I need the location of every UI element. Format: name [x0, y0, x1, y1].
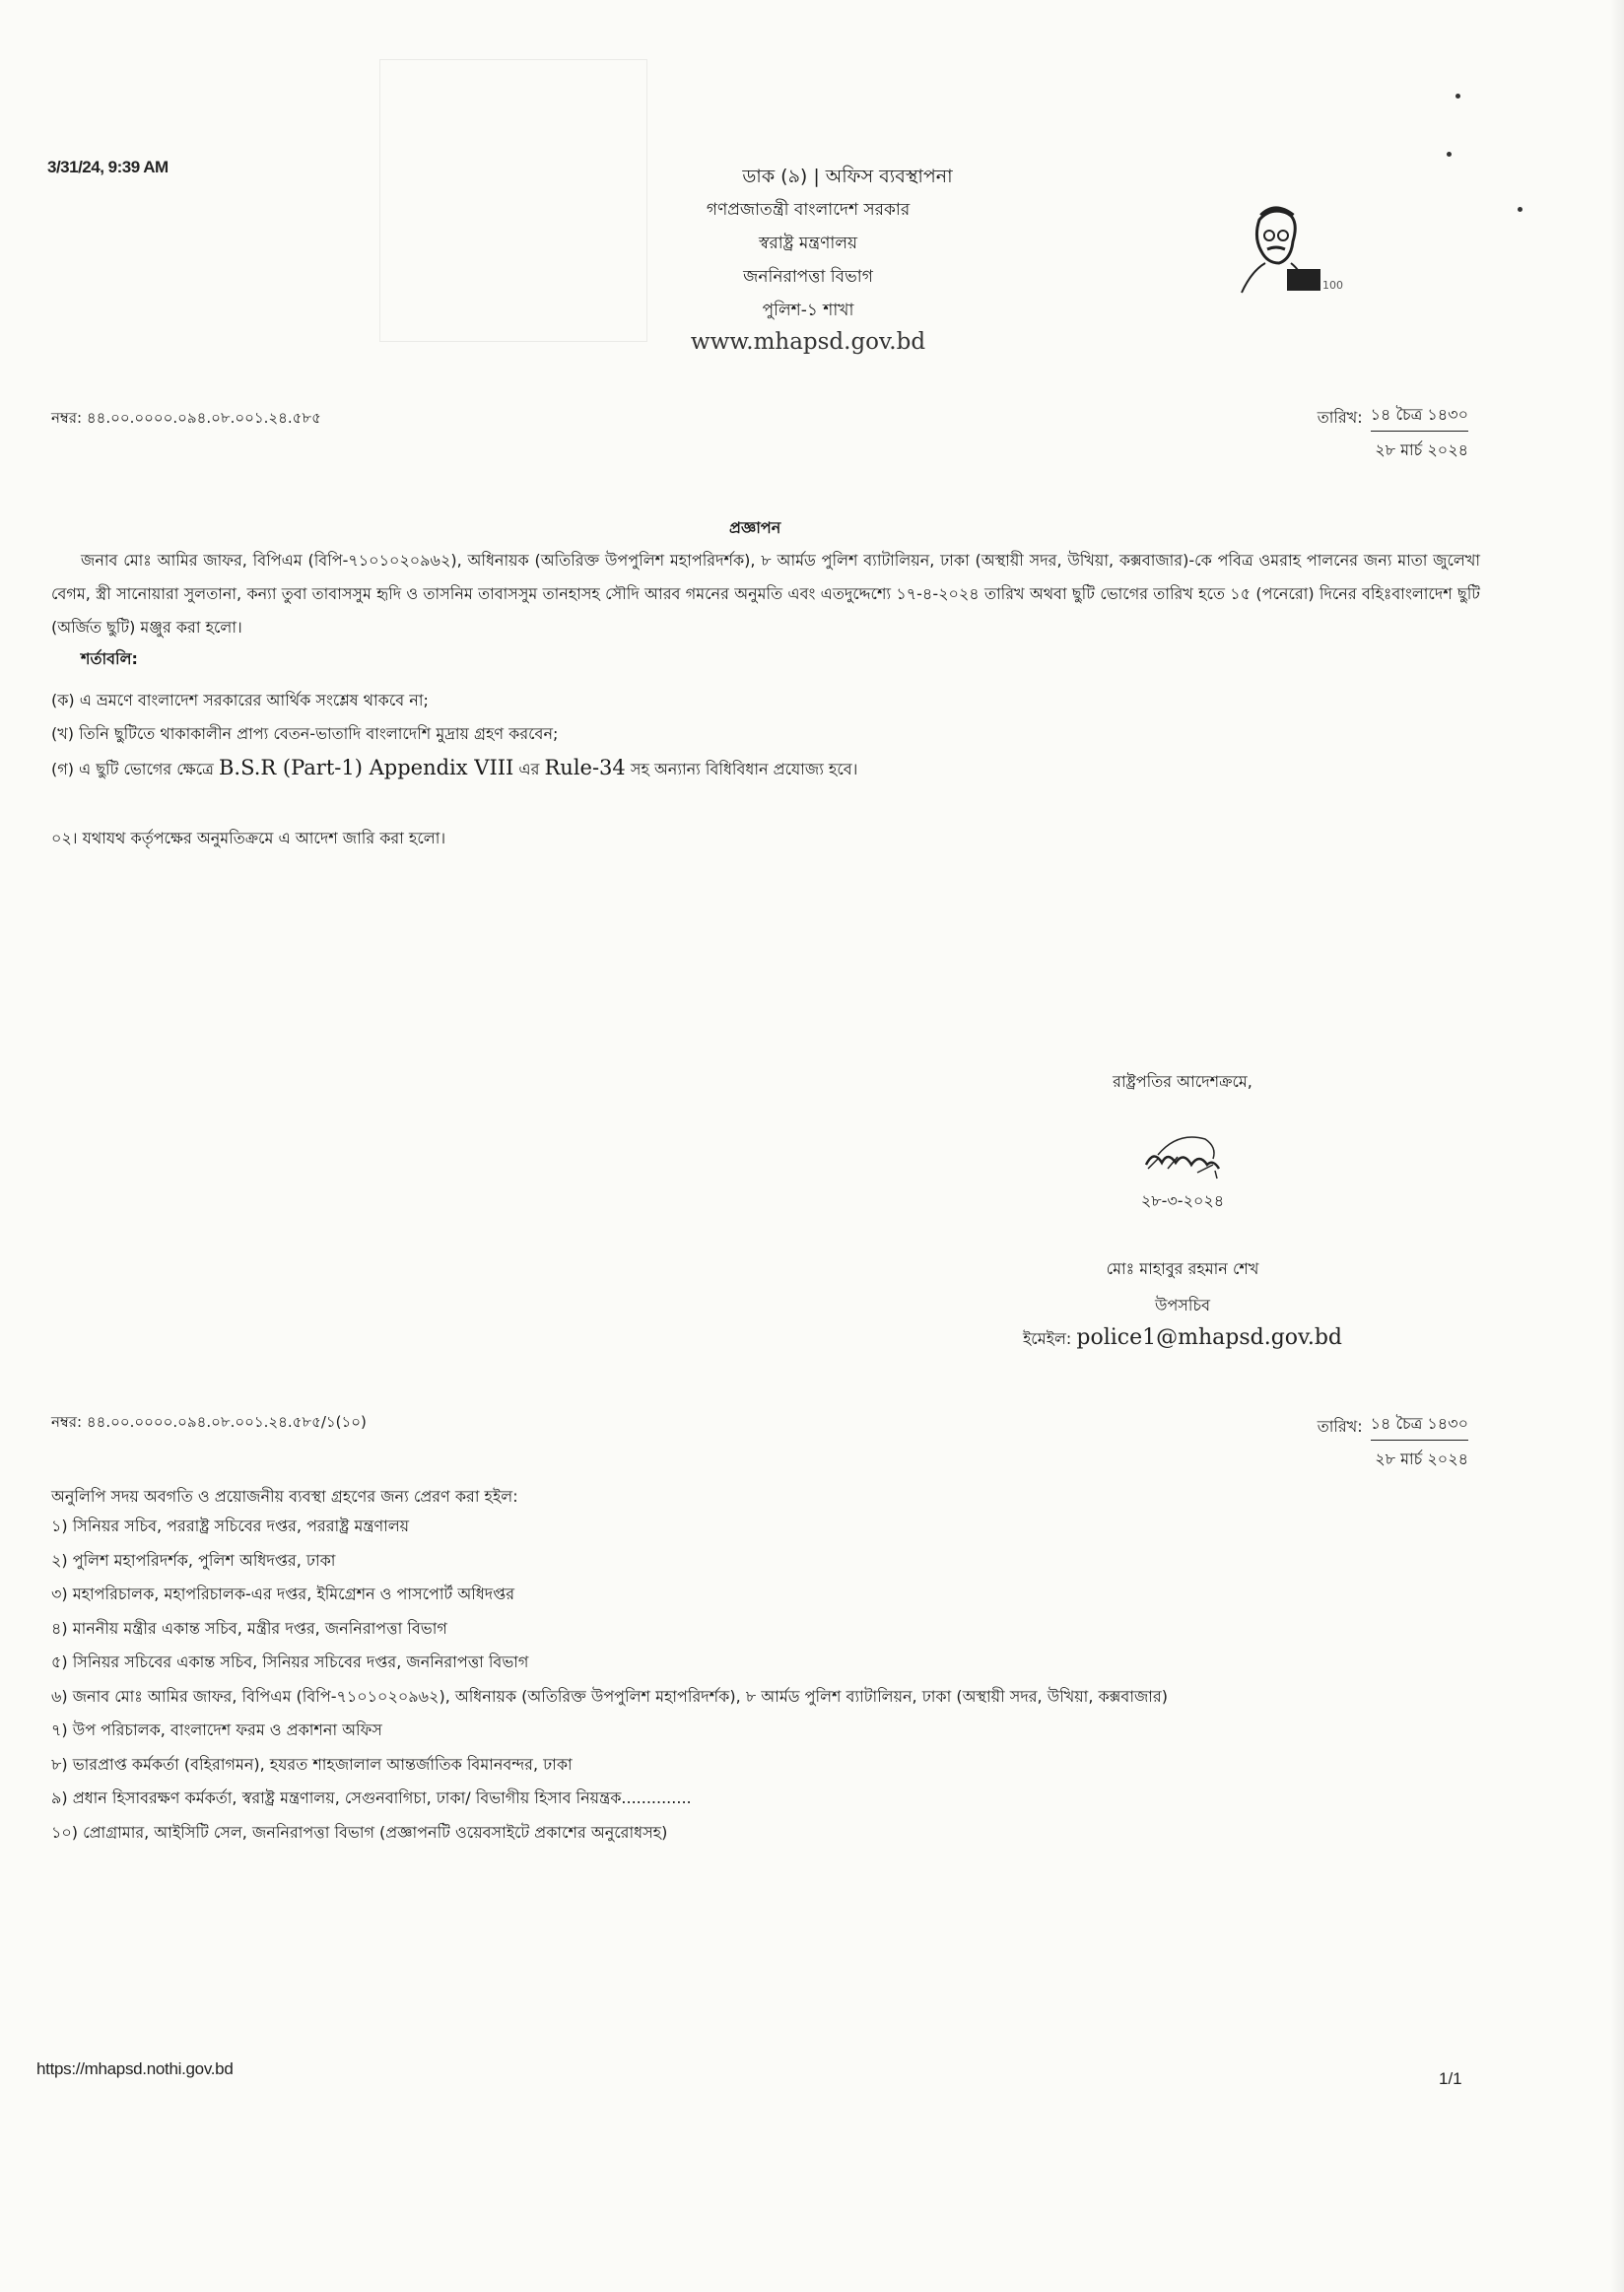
- memo-number: নম্বর: ৪৪.০০.০০০০.০৯৪.০৮.০০১.২৪.৫৮৫: [51, 407, 321, 432]
- recipient-item: ৫) সিনিয়র সচিবের একান্ত সচিব, সিনিয়র স…: [51, 1646, 1168, 1680]
- rule-reference: B.S.R (Part-1) Appendix VIII: [219, 756, 513, 779]
- copy-intro: অনুলিপি সদয় অবগতি ও প্রয়োজনীয় ব্যবস্থ…: [51, 1484, 518, 1511]
- recipient-item: ৪) মাননীয় মন্ত্রীর একান্ত সচিব, মন্ত্রী…: [51, 1612, 1168, 1647]
- handwritten-signature-icon: [1015, 1125, 1350, 1184]
- condition-suffix: সহ অন্যান্য বিধিবিধান প্রযোজ্য হবে।: [626, 760, 858, 778]
- recipient-item: ৩) মহাপরিচালক, মহাপরিচালক-এর দপ্তর, ইমিগ…: [51, 1578, 1168, 1612]
- condition-item: (গ) এ ছুটি ভোগের ক্ষেত্রে B.S.R (Part-1)…: [51, 751, 857, 786]
- condition-mid: এর: [513, 760, 544, 778]
- print-timestamp: 3/31/24, 9:39 AM: [47, 158, 169, 177]
- ministry-name: স্বরাষ্ট্র মন্ত্রণালয়: [552, 227, 1064, 260]
- date-gregorian: ২৮ মার্চ ২০২৪: [1291, 438, 1468, 464]
- condition-item: (খ) তিনি ছুটিতে থাকাকালীন প্রাপ্য বেতন-ভ…: [51, 717, 857, 751]
- date-bangla: ১৪ চৈত্র ১৪৩০: [1371, 1411, 1468, 1441]
- page-number: 1/1: [1439, 2069, 1462, 2089]
- memo-number-label: নম্বর:: [51, 409, 82, 427]
- date-bangla: ১৪ চৈত্র ১৪৩০: [1371, 402, 1468, 432]
- rule-number: Rule-34: [544, 756, 625, 779]
- signature-block: রাষ্ট্রপতির আদেশক্রমে, ২৮-৩-২০২৪ মোঃ মাহ…: [1015, 1069, 1350, 1353]
- government-name: গণপ্রজাতন্ত্রী বাংলাদেশ সরকার: [552, 193, 1064, 227]
- signatory-designation: উপসচিব: [1015, 1293, 1350, 1319]
- email-link[interactable]: police1@mhapsd.gov.bd: [1076, 1325, 1342, 1350]
- section-name: পুলিশ-১ শাখা: [552, 294, 1064, 327]
- authorization-paragraph: ০২। যথাযথ কর্তৃপক্ষের অনুমতিক্রমে এ আদেশ…: [51, 826, 445, 852]
- scan-edge-shadow: [1610, 0, 1624, 2292]
- recipient-list: ১) সিনিয়র সচিব, পররাষ্ট্র সচিবের দপ্তর,…: [51, 1510, 1168, 1850]
- recipient-item: ১) সিনিয়র সচিব, পররাষ্ট্র সচিবের দপ্তর,…: [51, 1510, 1168, 1544]
- condition-prefix: (গ) এ ছুটি ভোগের ক্ষেত্রে: [51, 760, 219, 778]
- website-link[interactable]: www.mhapsd.gov.bd: [552, 329, 1064, 355]
- date-label: তারিখ:: [1318, 1414, 1363, 1441]
- conditions-title: শর্তাবলি:: [81, 646, 138, 673]
- recipient-item: ১০) প্রোগ্রামার, আইসিটি সেল, জননিরাপত্তা…: [51, 1816, 1168, 1851]
- date-label: তারিখ:: [1318, 405, 1363, 432]
- copy-memo-number: নম্বর: ৪৪.০০.০০০০.০৯৪.০৮.০০১.২৪.৫৮৫/১(১০…: [51, 1411, 367, 1436]
- signatory-email: ইমেইল: police1@mhapsd.gov.bd: [1015, 1325, 1350, 1353]
- recipient-item: ৭) উপ পরিচালক, বাংলাদেশ ফরম ও প্রকাশনা অ…: [51, 1714, 1168, 1748]
- copy-memo-date: তারিখ: ১৪ চৈত্র ১৪৩০ ২৮ মার্চ ২০২৪: [1291, 1411, 1468, 1473]
- memo-number-value: ৪৪.০০.০০০০.০৯৪.০৮.০০১.২৪.৫৮৫/১(১০): [87, 1413, 367, 1431]
- conditions-list: (ক) এ ভ্রমণে বাংলাদেশ সরকারের আর্থিক সংশ…: [51, 684, 857, 786]
- memo-number-value: ৪৪.০০.০০০০.০৯৪.০৮.০০১.২৪.৫৮৫: [87, 409, 321, 427]
- mujib-100-logo-icon: 100: [1232, 202, 1360, 296]
- notice-body: জনাব মোঃ আমির জাফর, বিপিএম (বিপি-৭১০১০২০…: [51, 544, 1480, 644]
- email-label: ইমেইল:: [1023, 1329, 1071, 1348]
- division-name: জননিরাপত্তা বিভাগ: [552, 260, 1064, 294]
- memo-number-label: নম্বর:: [51, 1413, 82, 1431]
- notice-title: প্রজ্ঞাপন: [729, 515, 780, 542]
- order-line: রাষ্ট্রপতির আদেশক্রমে,: [1015, 1069, 1350, 1096]
- date-gregorian: ২৮ মার্চ ২০২৪: [1291, 1447, 1468, 1473]
- condition-item: (ক) এ ভ্রমণে বাংলাদেশ সরকারের আর্থিক সংশ…: [51, 684, 857, 717]
- scan-speck: [1518, 207, 1522, 212]
- signature-date: ২৮-৩-২০২৪: [1015, 1188, 1350, 1215]
- svg-text:100: 100: [1322, 279, 1343, 292]
- recipient-item: ৮) ভারপ্রাপ্ত কর্মকর্তা (বহিরাগমন), হযরত…: [51, 1748, 1168, 1783]
- print-footer-url[interactable]: https://mhapsd.nothi.gov.bd: [36, 2059, 234, 2079]
- recipient-item: ৯) প্রধান হিসাবরক্ষণ কর্মকর্তা, স্বরাষ্ট…: [51, 1782, 1168, 1816]
- signatory-name: মোঃ মাহাবুর রহমান শেখ: [1015, 1256, 1350, 1283]
- recipient-item: ২) পুলিশ মহাপরিদর্শক, পুলিশ অধিদপ্তর, ঢা…: [51, 1544, 1168, 1579]
- letterhead: ডাক (৯) | অফিস ব্যবস্থাপনা গণপ্রজাতন্ত্র…: [552, 160, 1064, 355]
- memo-date: তারিখ: ১৪ চৈত্র ১৪৩০ ২৮ মার্চ ২০২৪: [1291, 402, 1468, 464]
- recipient-item: ৬) জনাব মোঃ আমির জাফর, বিপিএম (বিপি-৭১০১…: [51, 1680, 1168, 1715]
- module-title: ডাক (৯) | অফিস ব্যবস্থাপনা: [552, 160, 1064, 193]
- scan-speck: [1455, 94, 1460, 99]
- scan-speck: [1447, 152, 1452, 157]
